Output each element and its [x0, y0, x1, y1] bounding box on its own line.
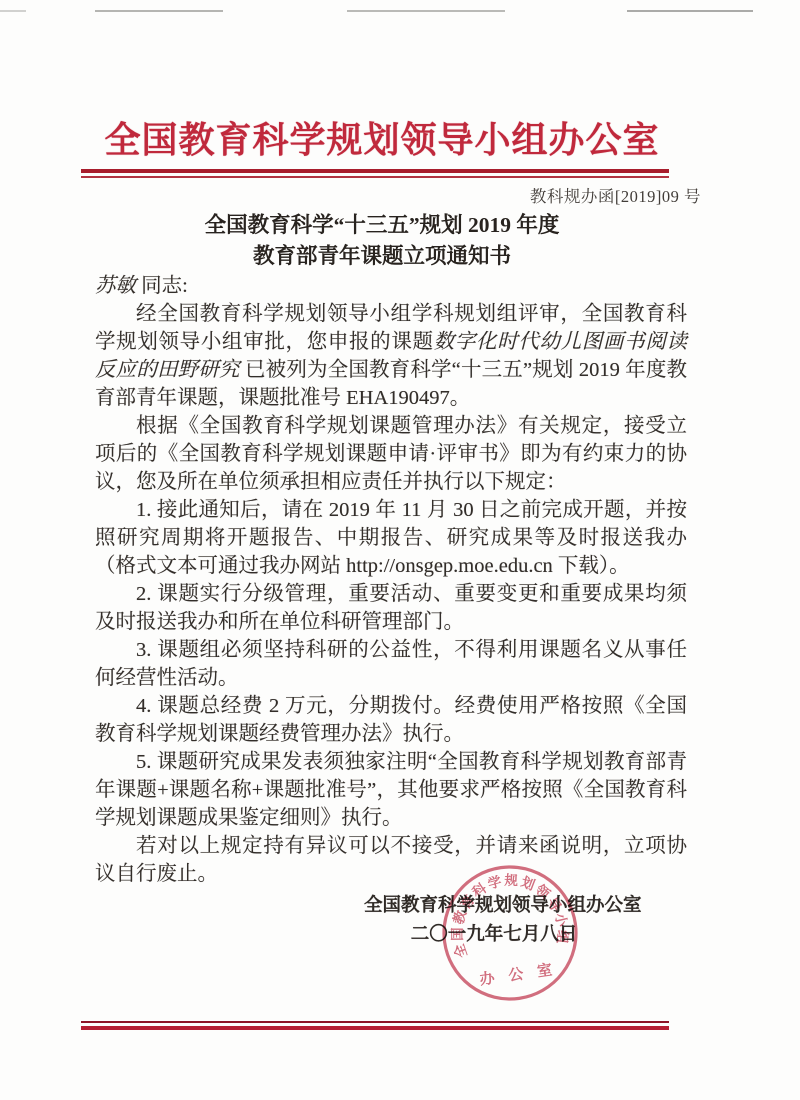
notice-title-line2: 教育部青年课题立项通知书 [70, 239, 694, 270]
notice-body: 苏敏 同志: 经全国教育科学规划领导小组学科规划组评审，全国教育科学规划领导小组… [95, 272, 687, 888]
stamp-arc-text: 全国教育科学规划领导小组 [441, 863, 574, 963]
notice-item-1: 1. 接此通知后，请在 2019 年 11 月 30 日之前完成开题，并按照研究… [95, 496, 687, 580]
notice-item-2: 2. 课题实行分级管理，重要活动、重要变更和重要成果均须及时报送我办和所在单位科… [95, 580, 687, 636]
masthead-rule [81, 169, 669, 178]
official-stamp: 全国教育科学规划领导小组 办公室 [431, 854, 589, 1012]
salutation: 苏敏 同志: [95, 272, 687, 300]
notice-title-line1: 全国教育科学“十三五”规划 2019 年度 [70, 208, 694, 239]
footer-rule-thick [81, 1026, 669, 1030]
scan-artifact-line [347, 10, 505, 12]
scan-artifact-line [95, 10, 223, 12]
notice-item-4: 4. 课题总经费 2 万元，分期拨付。经费使用严格按照《全国教育科学规划课题经费… [95, 692, 687, 748]
paragraph-regulation: 根据《全国教育科学规划课题管理办法》有关规定，接受立项后的《全国教育科学规划课题… [95, 412, 687, 496]
masthead-title: 全国教育科学规划领导小组办公室 [70, 112, 694, 163]
notice-item-5: 5. 课题研究成果发表须独家注明“全国教育科学规划教育部青年课题+课题名称+课题… [95, 748, 687, 832]
masthead-rule-thin [81, 176, 669, 178]
footer-rule [81, 1021, 669, 1030]
scan-artifact-line [627, 10, 753, 12]
notice-item-3: 3. 课题组必须坚持科研的公益性，不得利用课题名义从事任何经营性活动。 [95, 636, 687, 692]
recipient-name: 苏敏 [95, 275, 136, 297]
doc-number: 教科规办函[2019]09 号 [95, 183, 701, 207]
scan-artifact-line [0, 10, 26, 12]
paragraph-closing: 若对以上规定持有异议可以不接受，并请来函说明，立项协议自行废止。 [95, 832, 687, 888]
paragraph-approval: 经全国教育科学规划领导小组学科规划组评审，全国教育科学规划领导小组审批，您申报的… [95, 300, 687, 412]
masthead-rule-thick [81, 169, 669, 173]
footer-rule-thin [81, 1021, 669, 1023]
scanned-notice-page: 全国教育科学规划领导小组办公室 教科规办函[2019]09 号 全国教育科学“十… [0, 0, 800, 1100]
salutation-suffix: 同志: [136, 275, 188, 297]
